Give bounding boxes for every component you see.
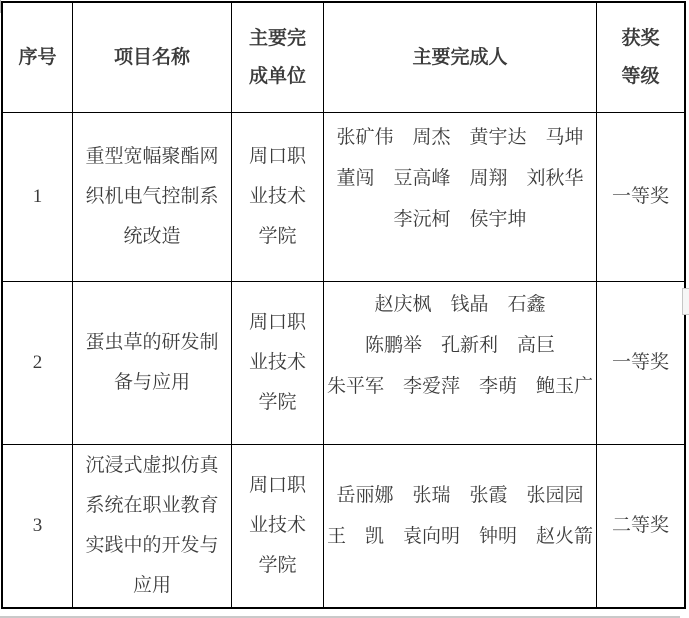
header-main-unit: 主要完 成单位: [232, 3, 324, 113]
unit-line: 学院: [258, 383, 296, 423]
row3-project-name: 沉浸式虚拟仿真 系统在职业教育 实践中的开发与 应用: [73, 445, 232, 607]
unit-line: 业技术: [249, 343, 306, 383]
project-name-line: 织机电气控制系: [85, 177, 218, 217]
members-line: 赵庆枫 钱晶 石鑫: [374, 284, 545, 325]
row2-award-level: 一等奖: [597, 282, 684, 445]
project-name-line: 蛋虫草的研发制: [85, 323, 218, 363]
row3-main-unit: 周口职 业技术 学院: [232, 445, 324, 607]
row2-contributors: 赵庆枫 钱晶 石鑫 陈鹏举 孔新利 高巨 朱平军 李爱萍 李萌 鲍玉广: [324, 282, 597, 445]
award-table: 序号 项目名称 主要完 成单位 主要完成人 获奖 等级 1 重型宽幅聚酯网 织机…: [1, 1, 686, 609]
row1-project-name: 重型宽幅聚酯网 织机电气控制系 统改造: [73, 113, 232, 282]
header-award-level-line2: 等级: [621, 58, 659, 96]
row3-serial-number: 3: [3, 445, 73, 607]
header-main-unit-line1: 主要完: [249, 20, 306, 58]
row2-serial-number: 2: [3, 282, 73, 445]
project-name-line: 重型宽幅聚酯网: [85, 137, 218, 177]
unit-line: 周口职: [249, 466, 306, 506]
members-line: 王 凯 袁向明 钟明 赵火箭: [327, 516, 593, 557]
unit-line: 业技术: [249, 177, 306, 217]
document-page: 序号 项目名称 主要完 成单位 主要完成人 获奖 等级 1 重型宽幅聚酯网 织机…: [0, 0, 689, 618]
members-line: 李沅柯 侯宇坤: [393, 199, 526, 240]
row3-award-level: 二等奖: [597, 445, 684, 607]
row2-project-name: 蛋虫草的研发制 备与应用: [73, 282, 232, 445]
header-award-level: 获奖 等级: [597, 3, 684, 113]
project-name-line: 备与应用: [114, 363, 190, 403]
header-main-contributors: 主要完成人: [324, 3, 597, 113]
project-name-line: 系统在职业教育: [85, 486, 218, 526]
project-name-line: 统改造: [123, 217, 180, 257]
row2-main-unit: 周口职 业技术 学院: [232, 282, 324, 445]
project-name-line: 沉浸式虚拟仿真: [85, 446, 218, 486]
unit-line: 学院: [258, 546, 296, 586]
members-line: 张矿伟 周杰 黄宇达 马坤: [336, 117, 583, 158]
header-award-level-line1: 获奖: [621, 20, 659, 58]
members-line: 董闯 豆高峰 周翔 刘秋华: [336, 158, 583, 199]
unit-line: 业技术: [249, 506, 306, 546]
row3-contributors: 岳丽娜 张瑞 张霞 张园园 王 凯 袁向明 钟明 赵火箭: [324, 445, 597, 607]
scrollbar-thumb[interactable]: [682, 288, 689, 315]
unit-line: 周口职: [249, 137, 306, 177]
row1-contributors: 张矿伟 周杰 黄宇达 马坤 董闯 豆高峰 周翔 刘秋华 李沅柯 侯宇坤: [324, 113, 597, 282]
row1-serial-number: 1: [3, 113, 73, 282]
row1-main-unit: 周口职 业技术 学院: [232, 113, 324, 282]
header-main-unit-line2: 成单位: [249, 58, 306, 96]
unit-line: 周口职: [249, 303, 306, 343]
project-name-line: 实践中的开发与: [85, 526, 218, 566]
header-serial-number: 序号: [3, 3, 73, 113]
header-project-name: 项目名称: [73, 3, 232, 113]
members-line: 朱平军 李爱萍 李萌 鲍玉广: [327, 366, 593, 407]
unit-line: 学院: [258, 217, 296, 257]
row1-award-level: 一等奖: [597, 113, 684, 282]
members-line: 岳丽娜 张瑞 张霞 张园园: [336, 475, 583, 516]
members-line: 陈鹏举 孔新利 高巨: [365, 325, 555, 366]
project-name-line: 应用: [133, 566, 171, 606]
